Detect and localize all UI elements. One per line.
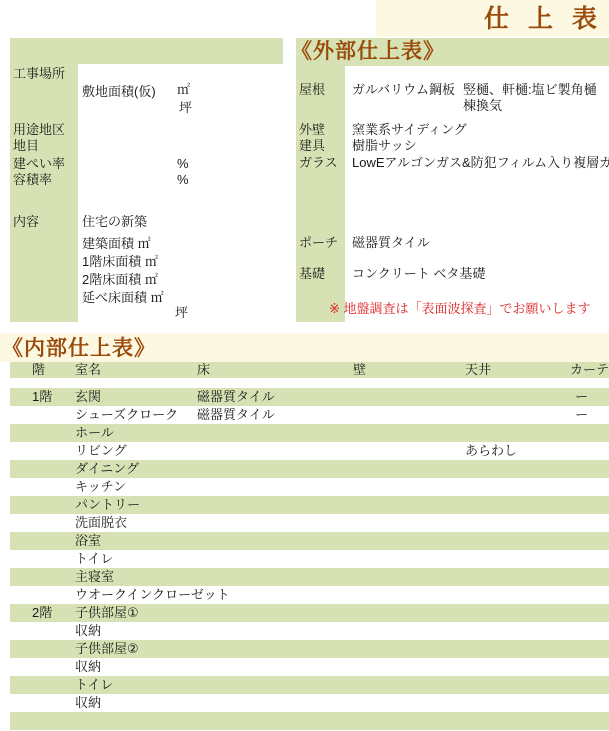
cell-floor-no: 1階 — [32, 388, 52, 406]
table-row: パントリー — [10, 496, 609, 514]
table-row: 子供部屋② — [10, 640, 609, 658]
exterior-label-column — [296, 66, 345, 322]
site-content-line: 建築面積 ㎡ — [82, 236, 151, 252]
site-content-line: 延べ床面積 ㎡ — [82, 290, 164, 306]
column-header-curtain: カーテン — [570, 362, 609, 378]
cell-room: 収納 — [75, 622, 101, 640]
exterior-row-extra: 棟換気 — [463, 98, 502, 114]
exterior-row-extra: 竪樋、軒樋:塩ビ製角樋 — [463, 82, 597, 98]
table-row: ダイニング — [10, 460, 609, 478]
site-content-tsubo: 坪 — [175, 305, 188, 321]
site-content-label: 内容 — [13, 214, 39, 230]
site-land-category-label: 地目 — [13, 138, 39, 154]
cell-room: シューズクローク — [75, 406, 178, 424]
column-header-floor-no: 階 — [32, 362, 45, 378]
cell-floor-finish: 磁器質タイル — [197, 388, 275, 406]
site-info-label-column — [10, 64, 78, 322]
site-area-label: 敷地面積(仮) — [82, 84, 156, 100]
table-row: リビングあらわし — [10, 442, 609, 460]
table-row: 2階子供部屋① — [10, 604, 609, 622]
site-content-line: 住宅の新築 — [82, 214, 147, 230]
exterior-row-label: 建具 — [299, 138, 325, 154]
table-row: 1階玄関磁器質タイルー — [10, 388, 609, 406]
cell-curtain: ー — [575, 388, 588, 406]
exterior-row-value: ガルバリウム鋼板 — [352, 82, 455, 98]
cell-room: キッチン — [75, 478, 126, 496]
site-district-label: 用途地区 — [13, 122, 65, 138]
exterior-row-value: 樹脂サッシ — [352, 138, 417, 154]
exterior-row-value: 窯業系サイディング — [352, 122, 467, 138]
cell-room: ダイニング — [75, 460, 139, 478]
cell-room: トイレ — [75, 676, 113, 694]
page-title: 仕 上 表 — [484, 4, 603, 34]
table-row: 洗面脱衣 — [10, 514, 609, 532]
exterior-heading: 《外部仕上表》 — [291, 39, 445, 65]
site-far-label: 容積率 — [13, 172, 52, 188]
table-row: キッチン — [10, 478, 609, 496]
column-header-room: 室名 — [75, 362, 101, 378]
table-row: 浴室 — [10, 532, 609, 550]
cell-ceiling: あらわし — [465, 442, 517, 460]
site-area-unit-tsubo: 坪 — [179, 100, 192, 116]
interior-rows: 1階玄関磁器質タイルーシューズクローク磁器質タイルーホールリビングあらわしダイニ… — [10, 388, 609, 730]
interior-table: 階 室名 床 壁 天井 カーテン 1階玄関磁器質タイルーシューズクローク磁器質タ… — [10, 362, 609, 730]
exterior-row-label: ガラス — [299, 155, 338, 171]
exterior-row-label: 基礎 — [299, 266, 325, 282]
table-row: ウオークインクローゼット — [10, 586, 609, 604]
page: 仕 上 表 工事場所 敷地面積(仮) ㎡ 坪 用途地区 地目 建ぺい率 % 容積… — [0, 0, 609, 731]
cell-room: ウオークインクローゼット — [75, 586, 230, 604]
cell-room: 子供部屋① — [75, 604, 139, 622]
cell-room: 収納 — [75, 694, 101, 712]
exterior-row-value: コンクリート ベタ基礎 — [352, 266, 485, 282]
cell-room: 子供部屋② — [75, 640, 139, 658]
cell-room: ホール — [75, 424, 114, 442]
site-coverage-unit: % — [177, 156, 189, 172]
site-far-unit: % — [177, 172, 189, 188]
cell-floor-no: 2階 — [32, 604, 52, 622]
exterior-row-label: ポーチ — [299, 235, 338, 251]
header-gap — [10, 378, 609, 388]
column-header-wall: 壁 — [353, 362, 366, 378]
cell-room: トイレ — [75, 550, 113, 568]
table-row: トイレ — [10, 550, 609, 568]
site-content-line: 2階床面積 ㎡ — [82, 272, 158, 288]
table-row: 収納 — [10, 658, 609, 676]
exterior-row-label: 屋根 — [299, 82, 325, 98]
cell-room: 浴室 — [75, 532, 101, 550]
table-row: トイレ — [10, 676, 609, 694]
cell-room: 玄関 — [75, 388, 101, 406]
site-info-top-band — [10, 38, 283, 64]
table-row: 収納 — [10, 622, 609, 640]
cell-room: パントリー — [75, 496, 140, 514]
table-row: ホール — [10, 424, 609, 442]
cell-floor-finish: 磁器質タイル — [197, 406, 275, 424]
exterior-row-value: LowEアルゴンガス&防犯フィルム入り複層ガラス — [352, 155, 609, 171]
cell-room: リビング — [75, 442, 127, 460]
table-row — [10, 712, 609, 730]
cell-room: 洗面脱衣 — [75, 514, 127, 532]
site-content-line: 1階床面積 ㎡ — [82, 254, 158, 270]
interior-heading: 《内部仕上表》 — [2, 336, 156, 362]
site-area-unit-m2: ㎡ — [177, 82, 190, 98]
ground-survey-note: ※ 地盤調査は「表面波探査」でお願いします — [329, 301, 591, 317]
exterior-row-value: 磁器質タイル — [352, 235, 430, 251]
exterior-row-label: 外壁 — [299, 122, 325, 138]
cell-room: 収納 — [75, 658, 101, 676]
interior-header-row: 階 室名 床 壁 天井 カーテン — [10, 362, 609, 378]
cell-curtain: ー — [575, 406, 588, 424]
table-row: 主寝室 — [10, 568, 609, 586]
site-info-table: 工事場所 敷地面積(仮) ㎡ 坪 用途地区 地目 建ぺい率 % 容積率 % 内容… — [10, 38, 283, 322]
column-header-ceiling: 天井 — [465, 362, 491, 378]
column-header-floor-finish: 床 — [197, 362, 210, 378]
site-location-label: 工事場所 — [13, 66, 65, 82]
exterior-table: 《外部仕上表》 屋根 ガルバリウム鋼板 竪樋、軒樋:塩ビ製角樋 棟換気 外壁 窯… — [296, 38, 609, 322]
site-coverage-label: 建ぺい率 — [13, 156, 65, 172]
table-row: シューズクローク磁器質タイルー — [10, 406, 609, 424]
cell-room: 主寝室 — [75, 568, 114, 586]
table-row: 収納 — [10, 694, 609, 712]
